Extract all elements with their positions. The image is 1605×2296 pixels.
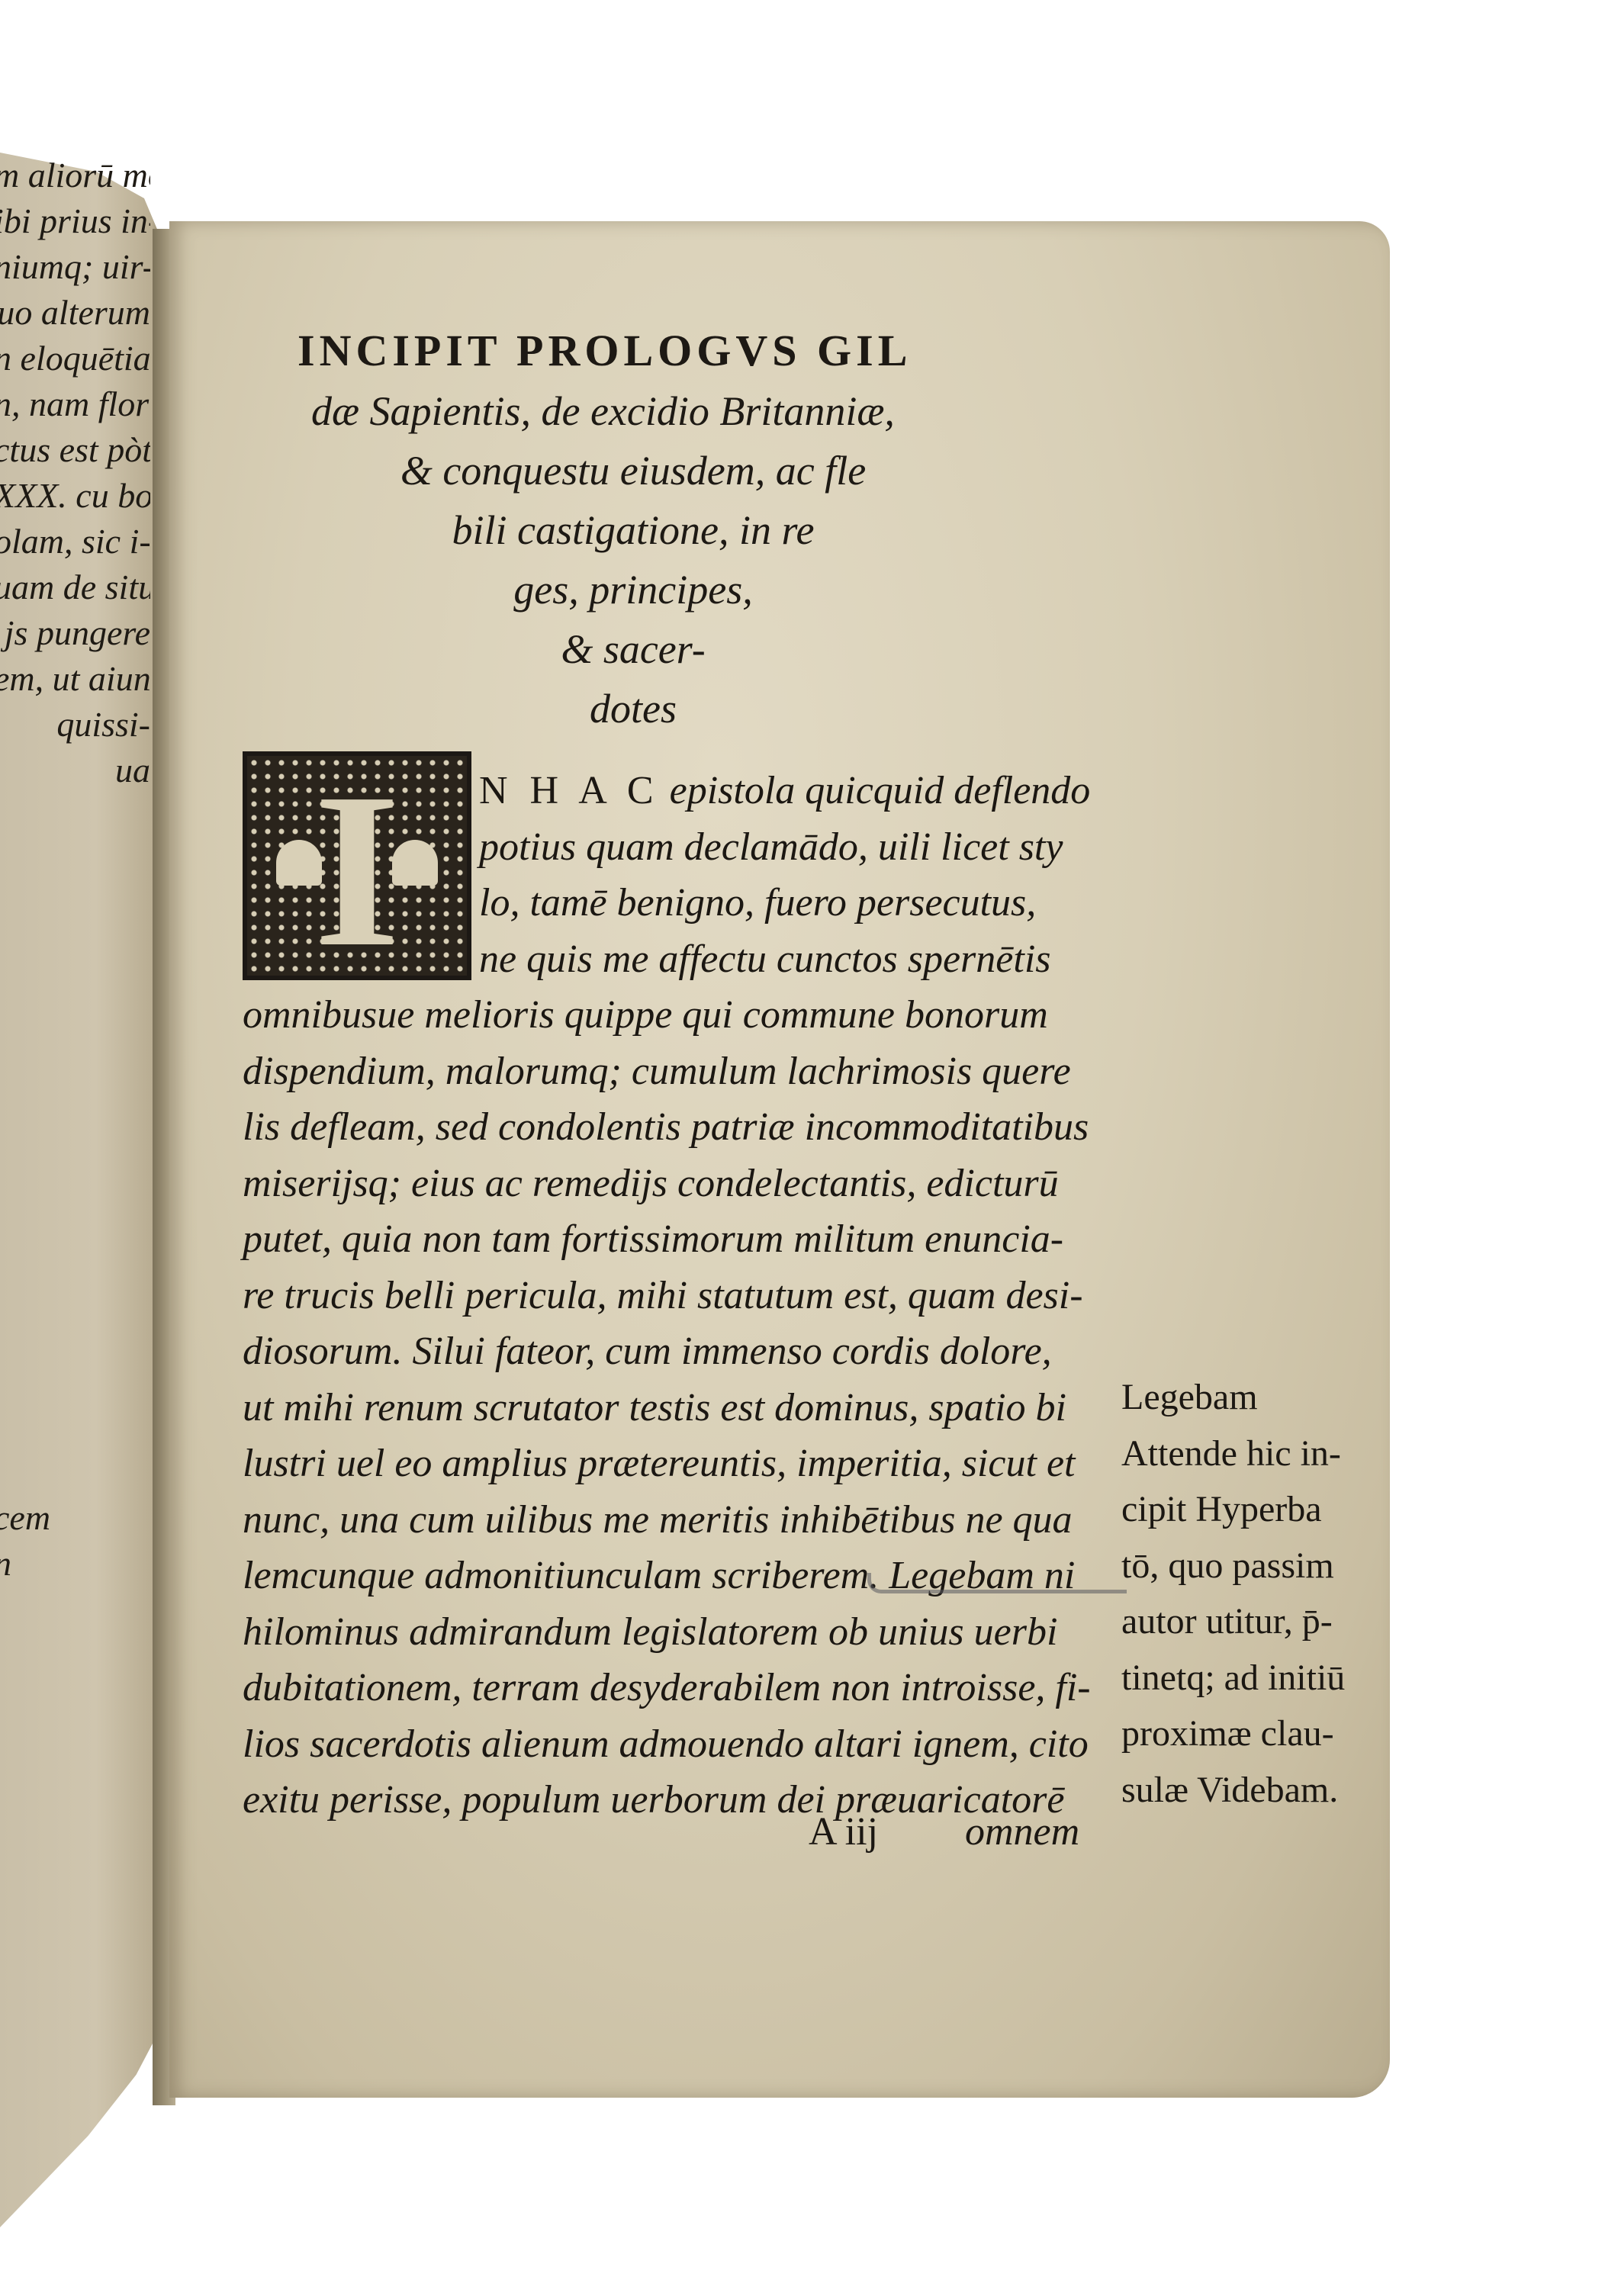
body-line: nunc, una cum uilibus me meritis inhibē… <box>243 1492 1097 1548</box>
left-line: n eloquētia, <box>0 336 150 381</box>
body-line: ut mihi renum scrutator testis est domin… <box>243 1380 1097 1436</box>
body-line: miserijsq; eius ac remedijs condelectant… <box>243 1156 1097 1212</box>
gloss-line: tō, quo passim <box>1121 1538 1396 1594</box>
left-fragment: cem <box>0 1495 150 1541</box>
body-line-text: epistola quicquid deflendo <box>660 769 1091 812</box>
body-line: lis defleam, sed condolentis patriæ inco… <box>243 1099 1097 1156</box>
heading-line: dæ Sapientis, de excidio Britanniæ, <box>290 381 976 441</box>
body-line: dispendium, malorumq; cumulum lachrimosi… <box>243 1043 1097 1100</box>
left-page-lower-fragments: cem n <box>0 1495 150 1587</box>
prologue-heading: INCIPIT PROLOGVS GIL dæ Sapientis, de ex… <box>290 320 976 738</box>
body-line: diosorum. Silui fateor, cum immenso cord… <box>243 1323 1097 1380</box>
gloss-line: proximæ clau- <box>1121 1706 1396 1762</box>
left-line: niumq; uir- <box>0 244 150 290</box>
left-line: m aliorū mo <box>0 153 150 198</box>
heading-caps-line: INCIPIT PROLOGVS GIL <box>290 320 976 381</box>
body-line: ne quis me affectu cunctos spernētis <box>243 931 1097 988</box>
body-line: hilominus admirandum legislatorem ob uni… <box>243 1604 1097 1661</box>
left-line: n, nam floru <box>0 381 150 427</box>
heading-line: dotes <box>290 679 976 738</box>
gloss-line: Legebam <box>1121 1369 1396 1426</box>
left-line: js pungere <box>0 610 150 656</box>
body-line: lo, tamē benigno, fuero persecutus, <box>243 875 1097 931</box>
heading-line: & conquestu eiusdem, ac fle <box>290 441 976 500</box>
body-line: re trucis belli pericula, mihi statutum … <box>243 1268 1097 1324</box>
prologue-body: N H A C epistola quicquid deflendo potiu… <box>243 763 1097 1828</box>
heading-line: & sacer- <box>290 619 976 679</box>
left-fragment: n <box>0 1541 150 1587</box>
left-line: ibi prius in- <box>0 198 150 244</box>
left-line: uam de situ <box>0 564 150 610</box>
left-line: em, ut aiunt <box>0 656 150 702</box>
pencil-underline-annotation <box>867 1573 1127 1593</box>
body-line: N H A C epistola quicquid deflendo <box>243 763 1097 819</box>
gloss-line: autor utitur, p̄- <box>1121 1593 1396 1650</box>
left-line: olam, sic i- <box>0 519 150 564</box>
left-line: quissi- <box>0 702 150 748</box>
body-line: dubitationem, terram desyderabilem non i… <box>243 1660 1097 1716</box>
catchword: omnem <box>965 1809 1079 1854</box>
left-line: XXX. cu bo <box>0 473 150 519</box>
heading-line: bili castigatione, in re <box>290 500 976 560</box>
heading-line: ges, principes, <box>290 560 976 619</box>
body-line: lustri uel eo amplius prætereuntis, impe… <box>243 1436 1097 1492</box>
gloss-line: sulæ Videbam. <box>1121 1762 1396 1818</box>
gloss-line: Attende hic in- <box>1121 1426 1396 1482</box>
body-line: lios sacerdotis alienum admouendo altari… <box>243 1716 1097 1773</box>
gloss-line: tinetq; ad initiū <box>1121 1650 1396 1706</box>
body-line: putet, quia non tam fortissimorum militu… <box>243 1211 1097 1268</box>
marginal-gloss: Legebam Attende hic in- cipit Hyperba to… <box>1121 1369 1396 1818</box>
gloss-line: cipit Hyperba <box>1121 1481 1396 1538</box>
left-line: uo alterum <box>0 290 150 336</box>
left-line: ua <box>0 748 150 793</box>
body-caps: N H A C <box>479 769 660 812</box>
signature-mark: A iij <box>809 1809 878 1854</box>
left-line: ctus est pòti <box>0 427 150 473</box>
body-line: omnibusue melioris quippe qui commune bo… <box>243 987 1097 1043</box>
left-page-text: m aliorū mo ibi prius in- niumq; uir- u… <box>0 153 150 793</box>
body-line: potius quam declamādo, uili licet sty <box>243 819 1097 876</box>
